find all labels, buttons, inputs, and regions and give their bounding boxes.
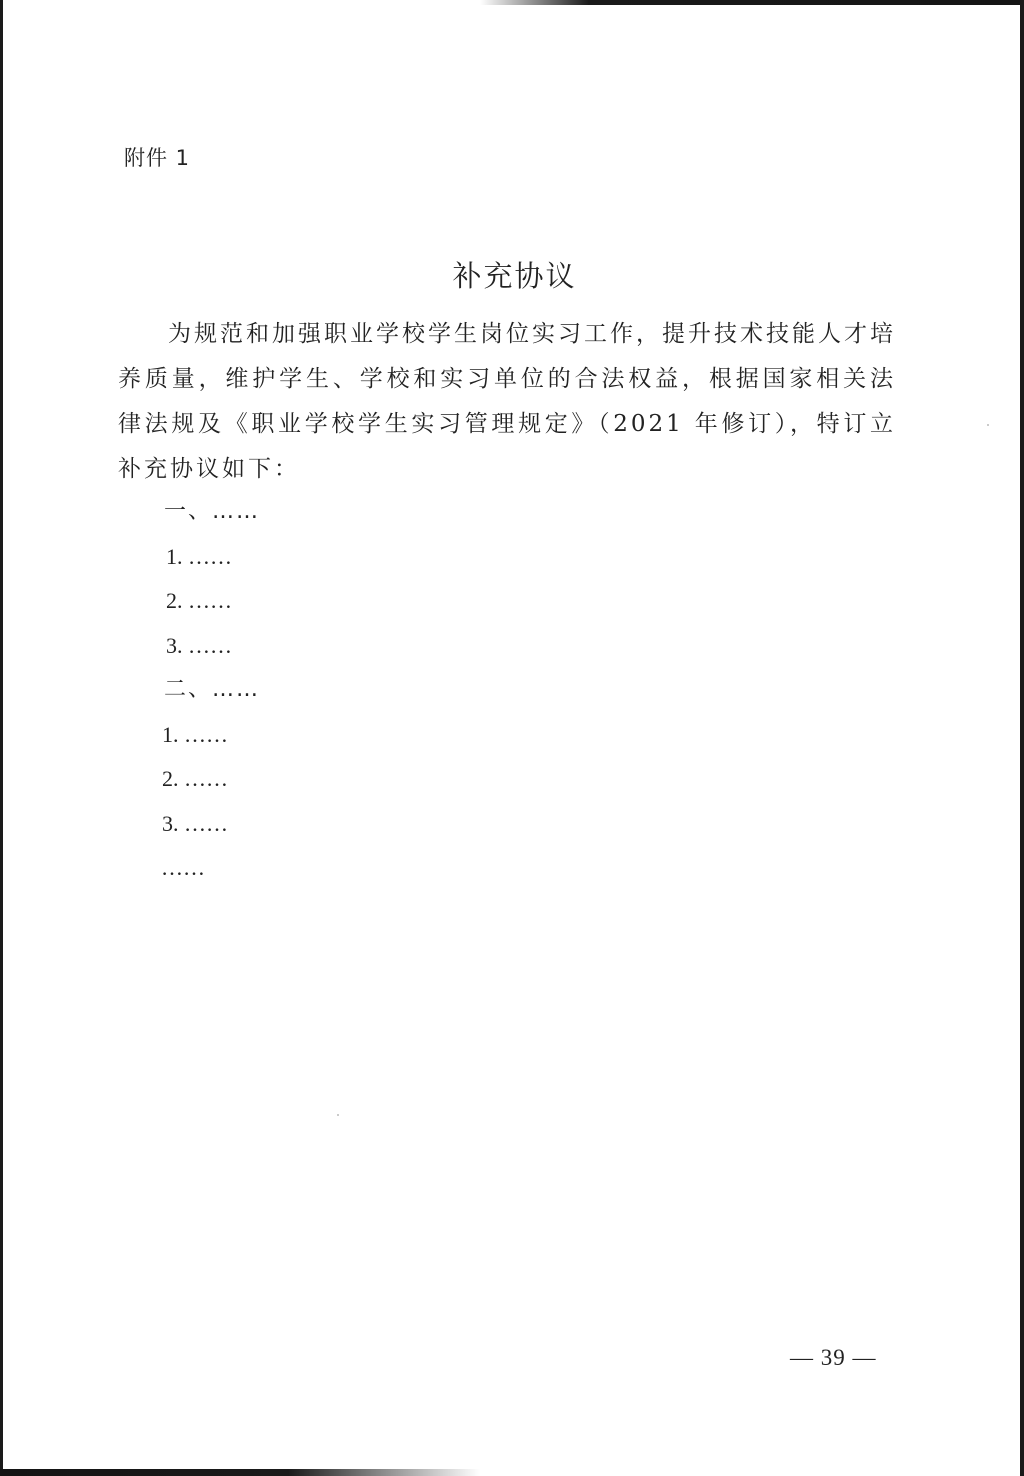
section-2-item-3: 3. ……: [162, 802, 260, 847]
section-1-item-3: 3. ……: [164, 624, 260, 669]
section-heading-1: 一、……: [164, 490, 260, 535]
section-2-item-1: 1. ……: [162, 713, 260, 758]
document-page: 附件 1 补充协议 为规范和加强职业学校学生岗位实习工作，提升技术技能人才培养质…: [0, 0, 1024, 1476]
scan-speck: [337, 1114, 339, 1116]
scan-edge-left: [0, 0, 3, 1476]
clause-list: 一、…… 1. …… 2. …… 3. …… 二、…… 1. …… 2. …… …: [164, 490, 260, 891]
trailing-ellipsis: ……: [161, 846, 260, 891]
scan-edge-bottom: [0, 1469, 480, 1476]
document-title: 补充协议: [0, 254, 1024, 295]
section-heading-2: 二、……: [164, 668, 260, 713]
scan-edge-right: [1020, 0, 1024, 1476]
page-number: — 39 —: [790, 1345, 877, 1371]
attachment-label: 附件 1: [124, 142, 190, 172]
section-1-item-2: 2. ……: [164, 579, 260, 624]
scan-edge-top: [480, 0, 1024, 5]
scan-speck: [987, 424, 989, 426]
section-1-item-1: 1. ……: [164, 535, 260, 580]
section-2-item-2: 2. ……: [162, 757, 260, 802]
intro-paragraph: 为规范和加强职业学校学生岗位实习工作，提升技术技能人才培养质量，维护学生、学校和…: [118, 312, 896, 492]
